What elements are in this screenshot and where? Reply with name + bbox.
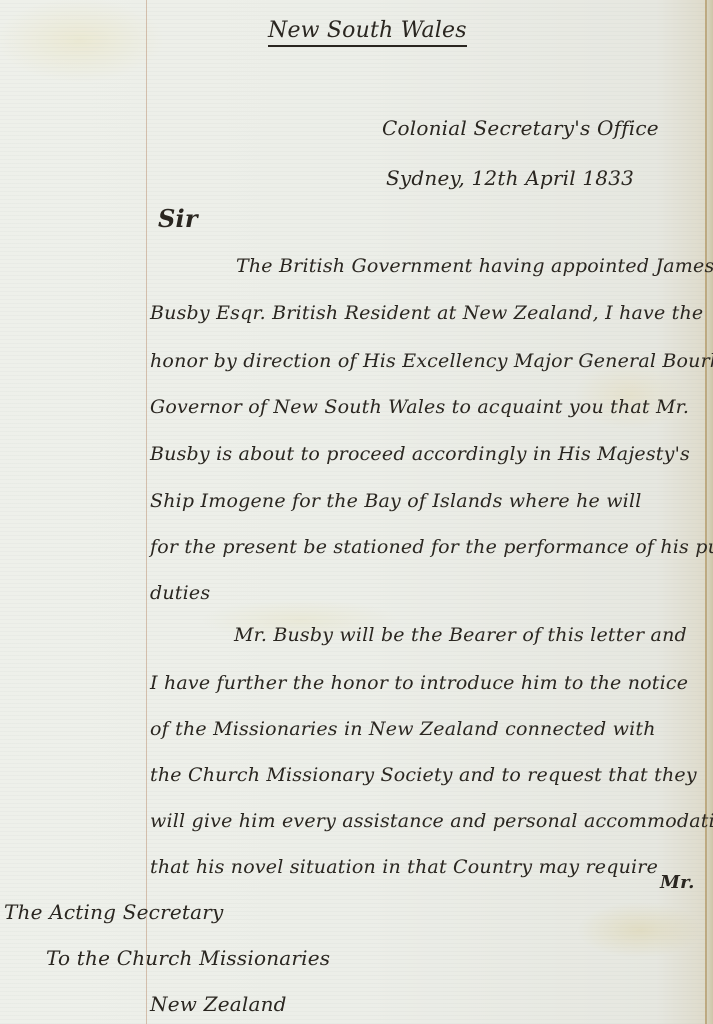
margin-rule — [146, 0, 147, 1024]
body-line: that his novel situation in that Country… — [150, 856, 658, 878]
body-line: for the present be stationed for the per… — [150, 536, 713, 558]
body-line: I have further the honor to introduce hi… — [150, 672, 688, 694]
addressee-line: The Acting Secretary — [4, 900, 224, 924]
body-line: Ship Imogene for the Bay of Islands wher… — [150, 490, 642, 512]
body-line: will give him every assistance and perso… — [150, 810, 713, 832]
letter-heading: New South Wales — [268, 18, 467, 47]
body-line: honor by direction of His Excellency Maj… — [150, 350, 713, 372]
body-line: Mr. Busby will be the Bearer of this let… — [234, 624, 687, 646]
body-line: Busby Esqr. British Resident at New Zeal… — [150, 302, 703, 324]
body-line: The British Government having appointed … — [236, 255, 713, 277]
body-line: Governor of New South Wales to acquaint … — [150, 396, 689, 418]
binding-edge — [705, 0, 707, 1024]
addressee-line: New Zealand — [150, 992, 287, 1016]
manuscript-page: New South Wales Colonial Secretary's Off… — [0, 0, 713, 1024]
page-edge — [707, 0, 713, 1024]
body-line: of the Missionaries in New Zealand conne… — [150, 718, 656, 740]
catchword: Mr. — [660, 872, 695, 893]
salutation: Sir — [158, 204, 198, 233]
body-line: Busby is about to proceed accordingly in… — [150, 443, 690, 465]
sender-office: Colonial Secretary's Office — [382, 116, 659, 140]
dateline: Sydney, 12th April 1833 — [386, 166, 634, 190]
body-line: the Church Missionary Society and to req… — [150, 764, 697, 786]
addressee-line: To the Church Missionaries — [46, 946, 330, 970]
body-line: duties — [150, 582, 210, 604]
